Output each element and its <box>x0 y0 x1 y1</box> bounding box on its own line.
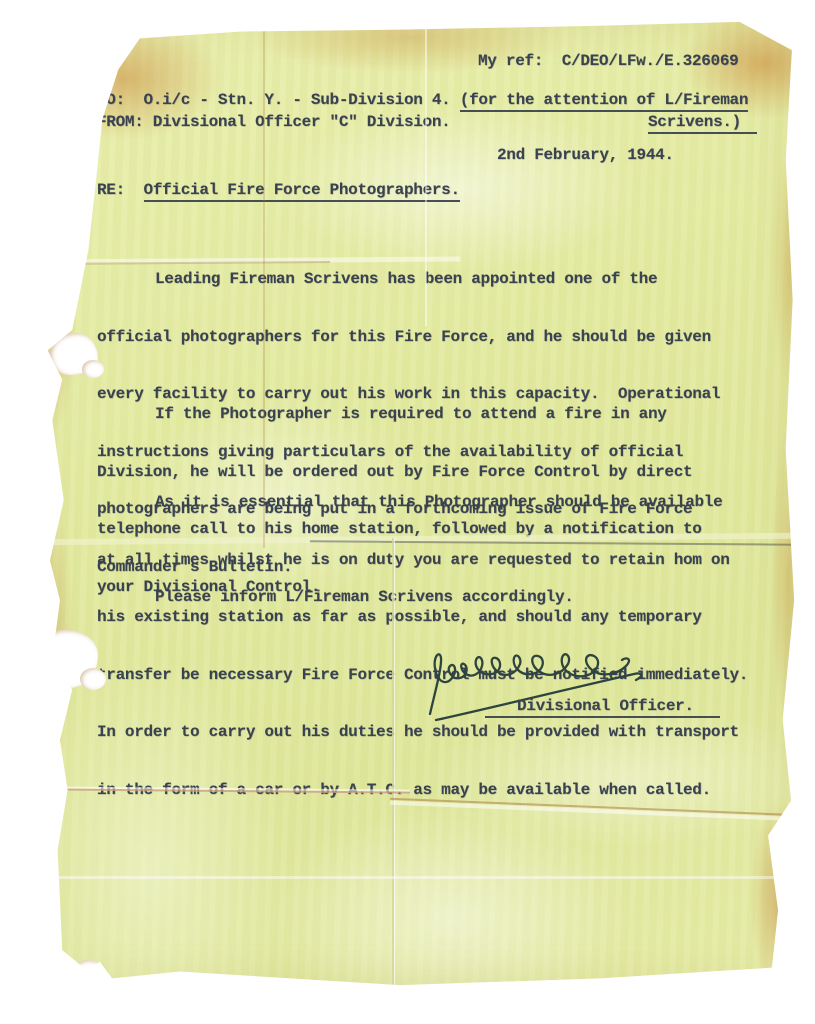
paper-hole <box>38 630 98 688</box>
letter-page: My ref: C/DEO/LFw./E.326069 TO: O.i/c - … <box>0 0 815 1024</box>
from-line-text: FROM: Divisional Officer "C" Division. <box>97 113 450 131</box>
attention-text: (for the attention of L/Fireman <box>460 91 748 112</box>
from-line: FROM: Divisional Officer "C" Division.Sc… <box>97 113 757 131</box>
paper-sheet: My ref: C/DEO/LFw./E.326069 TO: O.i/c - … <box>30 18 798 990</box>
subject-line: RE: Official Fire Force Photographers. <box>97 181 460 199</box>
to-line: TO: O.i/c - Stn. Y. - Sub-Division 4. (f… <box>97 91 748 109</box>
ref-line: My ref: C/DEO/LFw./E.326069 <box>478 52 738 70</box>
letter-line: official photographers for this Fire For… <box>97 327 720 349</box>
paper-hole <box>50 333 98 375</box>
signature-title: Divisional Officer. <box>485 697 720 718</box>
letter-line: Leading Fireman Scrivens has been appoin… <box>97 269 720 291</box>
letter-line: In order to carry out his duties he shou… <box>97 722 748 744</box>
crease-horizontal-3 <box>30 876 798 879</box>
re-label: RE: <box>97 181 144 199</box>
paper-hole <box>70 960 106 994</box>
letter-line: If the Photographer is required to atten… <box>97 404 702 426</box>
date-line: 2nd February, 1944. <box>497 146 674 164</box>
letter-line: As it is essential that this Photographe… <box>97 492 748 514</box>
letter-line: at all times whilst he is on duty you ar… <box>97 550 748 572</box>
closing-line: Please inform L/Fireman Scrivens accordi… <box>97 588 574 606</box>
signature-block: Divisional Officer. <box>485 697 720 715</box>
letter-line: in the form of a car or by A.T.C. as may… <box>97 780 748 802</box>
letter-line: his existing station as far as possible,… <box>97 607 748 629</box>
subject-text: Official Fire Force Photographers. <box>144 181 460 202</box>
attention-continuation: Scrivens.) <box>648 113 757 134</box>
to-line-text: TO: O.i/c - Stn. Y. - Sub-Division 4. <box>97 91 460 109</box>
